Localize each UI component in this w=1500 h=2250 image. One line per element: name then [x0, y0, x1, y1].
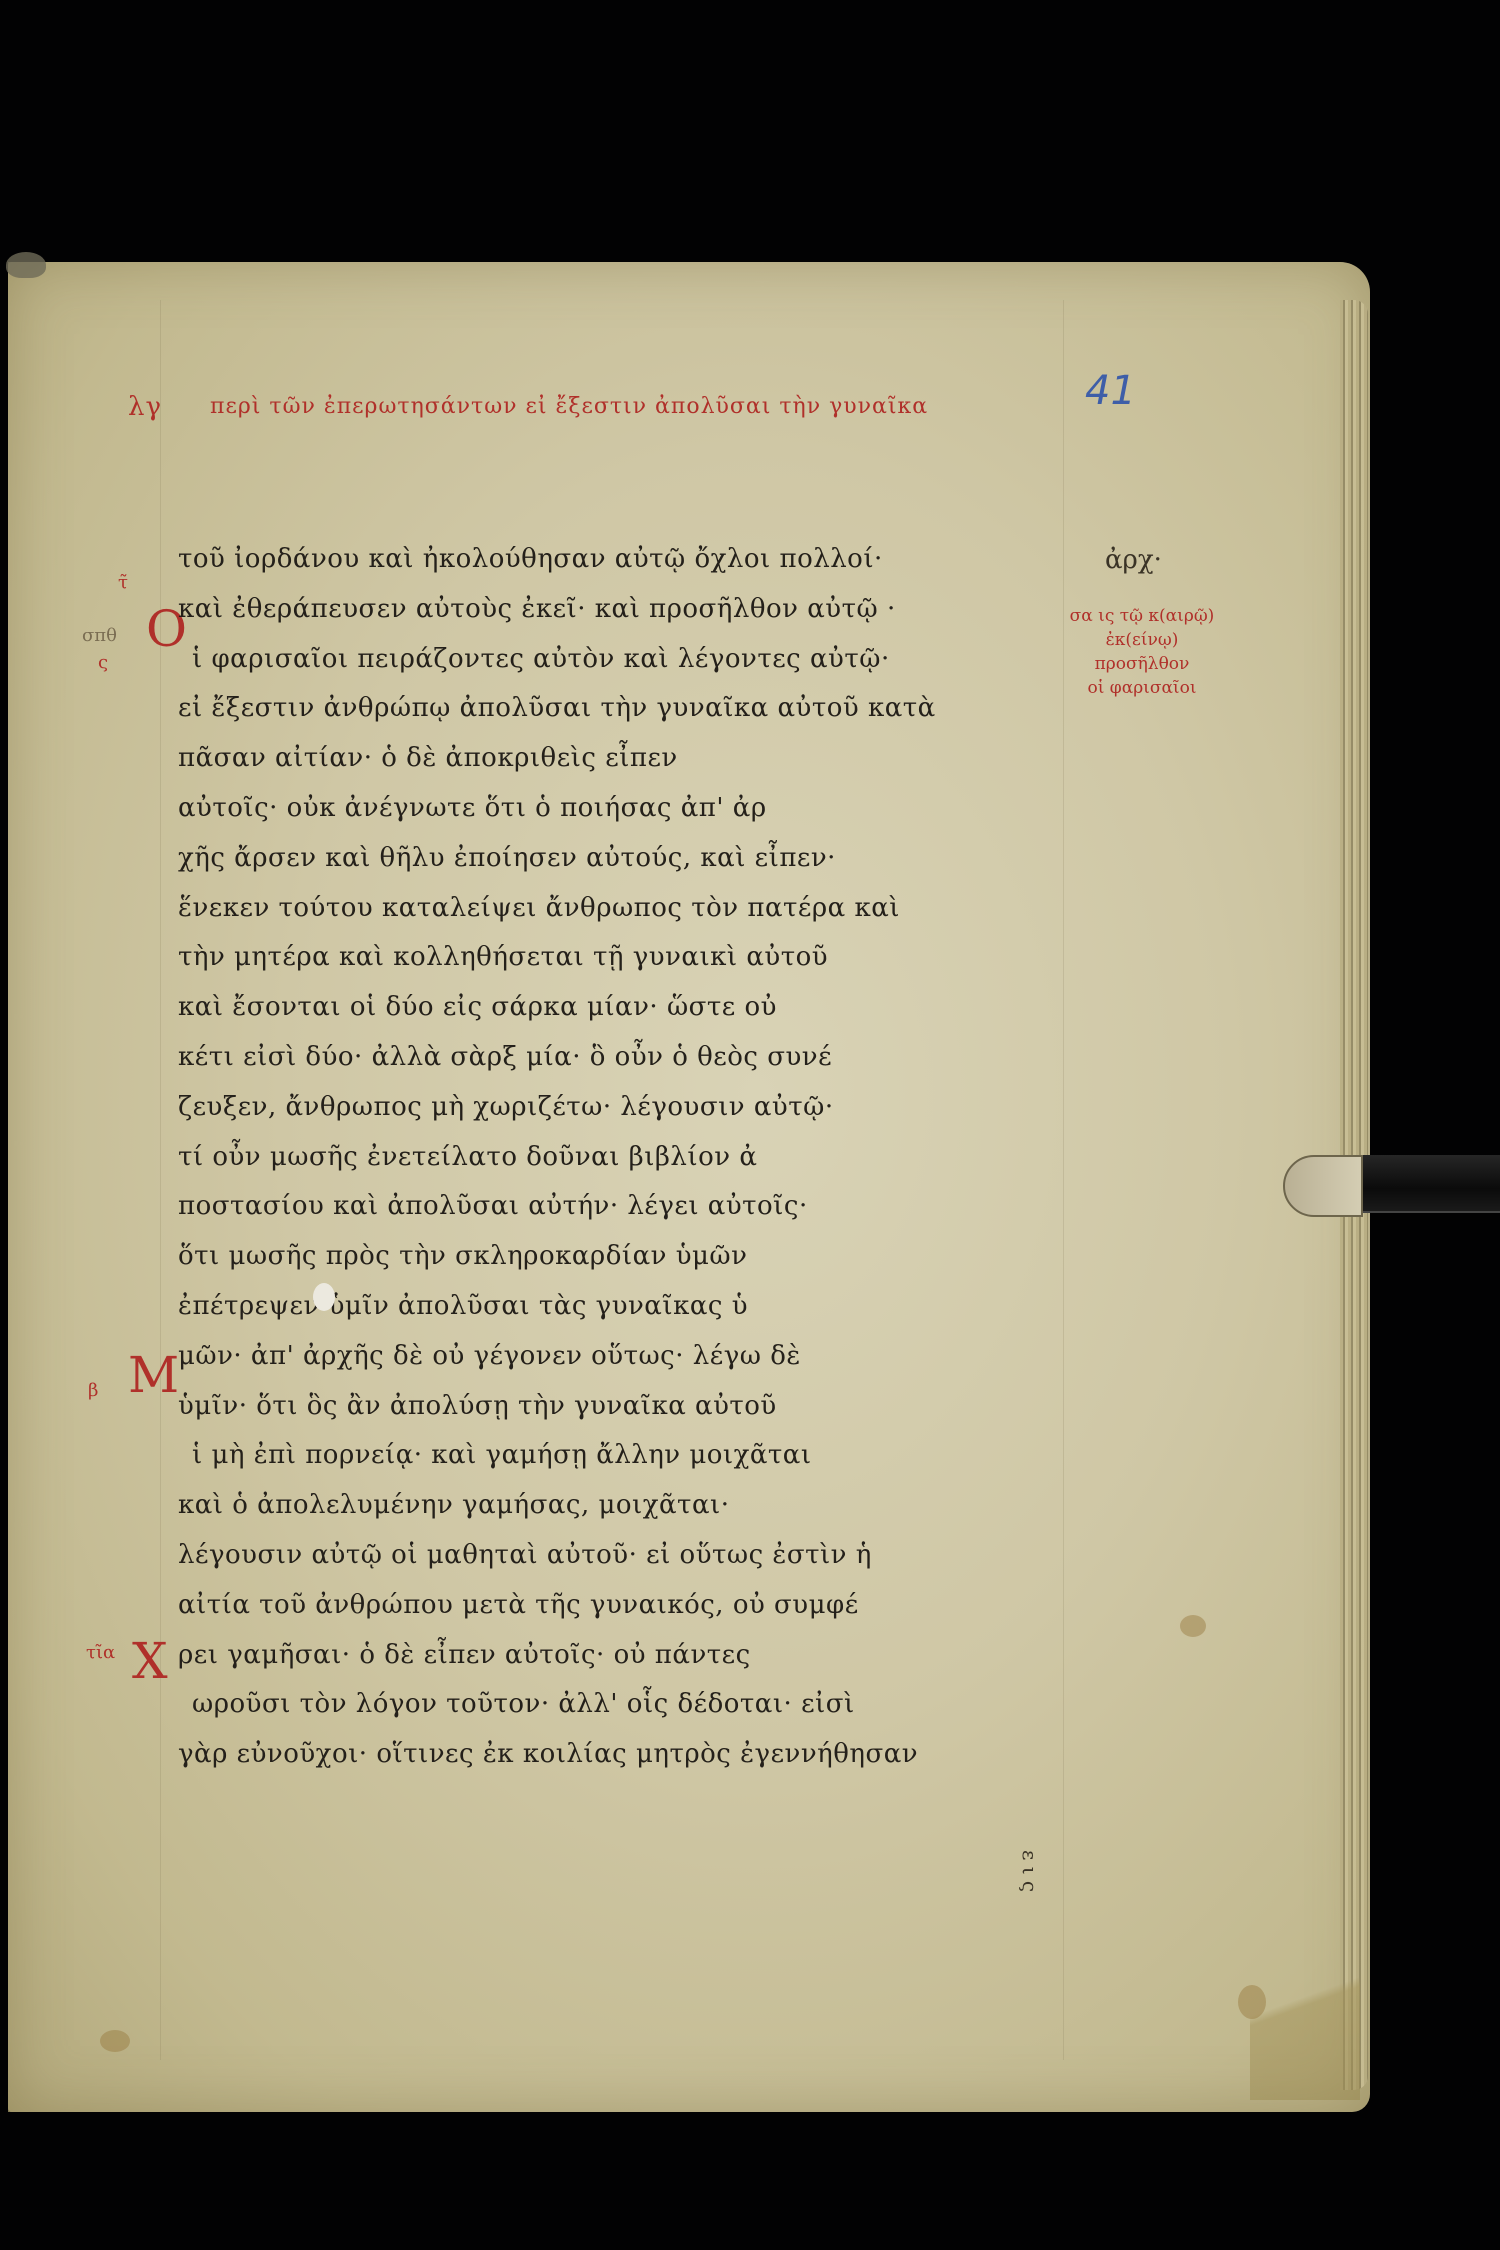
- text-line: κέτι εἰσὶ δύο· ἀλλὰ σὰρξ μία· ὃ οὖν ὁ θε…: [178, 1033, 1078, 1083]
- text-line: χῆς ἄρσεν καὶ θῆλυ ἐποίησεν αὐτούς, καὶ …: [178, 834, 1078, 884]
- text-line: καὶ ὁ ἀπολελυμένην γαμήσας, μοιχᾶται·: [178, 1481, 1078, 1531]
- stain: [1180, 1615, 1206, 1637]
- corner-stain: [1250, 1950, 1360, 2100]
- main-text-column: τοῦ ἰορδάνου καὶ ἠκολούθησαν αὐτῷ ὄχλοι …: [178, 535, 1078, 1780]
- text-line: ἱ φαρισαῖοι πειράζοντες αὐτὸν καὶ λέγοντ…: [178, 635, 1078, 685]
- text-line: ἐπέτρεψεν ὑμῖν ἀπολῦσαι τὰς γυναῖκας ὑ: [178, 1282, 1078, 1332]
- binding-thread: [6, 252, 46, 278]
- text-line: τί οὖν μωσῆς ἐνετείλατο δοῦναι βιβλίον ἀ: [178, 1133, 1078, 1183]
- text-line: ζευξεν, ἄνθρωπος μὴ χωριζέτω· λέγουσιν α…: [178, 1083, 1078, 1133]
- text-line: αὐτοῖς· οὐκ ἀνέγνωτε ὅτι ὁ ποιήσας ἀπ' ἀ…: [178, 784, 1078, 834]
- margin-section-b: β: [88, 1380, 98, 1401]
- margin-numeral: τ̃: [118, 572, 128, 593]
- clip-bar: [1363, 1155, 1500, 1213]
- folio-number: 41: [1085, 368, 1136, 414]
- clip-tip: [1283, 1155, 1363, 1217]
- bottom-margin-marks: ε ι ς: [1018, 1850, 1042, 1892]
- text-line: πᾶσαν αἰτίαν· ὁ δὲ ἀποκριθεὶς εἶπεν: [178, 734, 1078, 784]
- text-line: τοῦ ἰορδάνου καὶ ἠκολούθησαν αὐτῷ ὄχλοι …: [178, 535, 1078, 585]
- text-line: ἕνεκεν τούτου καταλείψει ἄνθρωπος τὸν πα…: [178, 884, 1078, 934]
- ruling-vertical: [160, 300, 161, 2060]
- text-line: ὅτι μωσῆς πρὸς τὴν σκληροκαρδίαν ὑμῶν: [178, 1232, 1078, 1282]
- lection-note-line: σα ις τῷ κ(αιρῷ) ἐκ(είνῳ): [1052, 604, 1232, 652]
- lection-note-line: προσῆλθον: [1052, 652, 1232, 676]
- text-line: καὶ ἔσονται οἱ δύο εἰς σάρκα μίαν· ὥστε …: [178, 983, 1078, 1033]
- initial-chi: Χ: [132, 1632, 168, 1690]
- chapter-number: λγ: [128, 392, 162, 422]
- text-line: εἰ ἔξεστιν ἀνθρώπῳ ἀπολῦσαι τὴν γυναῖκα …: [178, 684, 1078, 734]
- text-line: ὑμῖν· ὅτι ὃς ἂν ἀπολύσῃ τὴν γυναῖκα αὐτο…: [178, 1382, 1078, 1432]
- text-line: ωροῦσι τὸν λόγον τοῦτον· ἀλλ' οἷς δέδοτα…: [178, 1680, 1078, 1730]
- text-line: αἰτία τοῦ ἀνθρώπου μετὰ τῆς γυναικός, οὐ…: [178, 1581, 1078, 1631]
- lection-note: σα ις τῷ κ(αιρῷ) ἐκ(είνῳ) προσῆλθον οἱ φ…: [1052, 604, 1232, 700]
- eusebian-canon: ς: [98, 652, 108, 673]
- lection-note-line: οἱ φαρισαῖοι: [1052, 676, 1232, 700]
- chapter-title: περὶ τῶν ἐπερωτησάντων εἰ ἔξεστιν ἀπολῦσ…: [210, 394, 928, 419]
- page-holder-clip: [1283, 1155, 1500, 1243]
- stain: [100, 2030, 130, 2052]
- ammonian-section: σπθ: [82, 625, 117, 646]
- stain: [1238, 1985, 1266, 2019]
- text-line: ρει γαμῆσαι· ὁ δὲ εἶπεν αὐτοῖς· οὐ πάντε…: [178, 1631, 1078, 1681]
- margin-section-bottom: τι̃α: [86, 1642, 115, 1663]
- text-line: ποστασίου καὶ ἀπολῦσαι αὐτήν· λέγει αὐτο…: [178, 1182, 1078, 1232]
- text-line: λέγουσιν αὐτῷ οἱ μαθηταὶ αὐτοῦ· εἰ οὕτως…: [178, 1531, 1078, 1581]
- parchment-hole: [313, 1283, 335, 1311]
- text-line: καὶ ἐθεράπευσεν αὐτοὺς ἐκεῖ· καὶ προσῆλθ…: [178, 585, 1078, 635]
- text-line: μῶν· ἀπ' ἀρχῆς δὲ οὐ γέγονεν οὕτως· λέγω…: [178, 1332, 1078, 1382]
- lection-sigla: ἀρχ·: [1105, 545, 1162, 575]
- chapter-heading: λγ περὶ τῶν ἐπερωτησάντων εἰ ἔξεστιν ἀπο…: [128, 392, 1028, 432]
- text-line: ἱ μὴ ἐπὶ πορνείᾳ· καὶ γαμήσῃ ἄλλην μοιχᾶ…: [178, 1431, 1078, 1481]
- initial-mu: Μ: [128, 1346, 179, 1404]
- text-line: τὴν μητέρα καὶ κολληθήσεται τῇ γυναικὶ α…: [178, 933, 1078, 983]
- text-line: γὰρ εὐνοῦχοι· οἵτινες ἐκ κοιλίας μητρὸς …: [178, 1730, 1078, 1780]
